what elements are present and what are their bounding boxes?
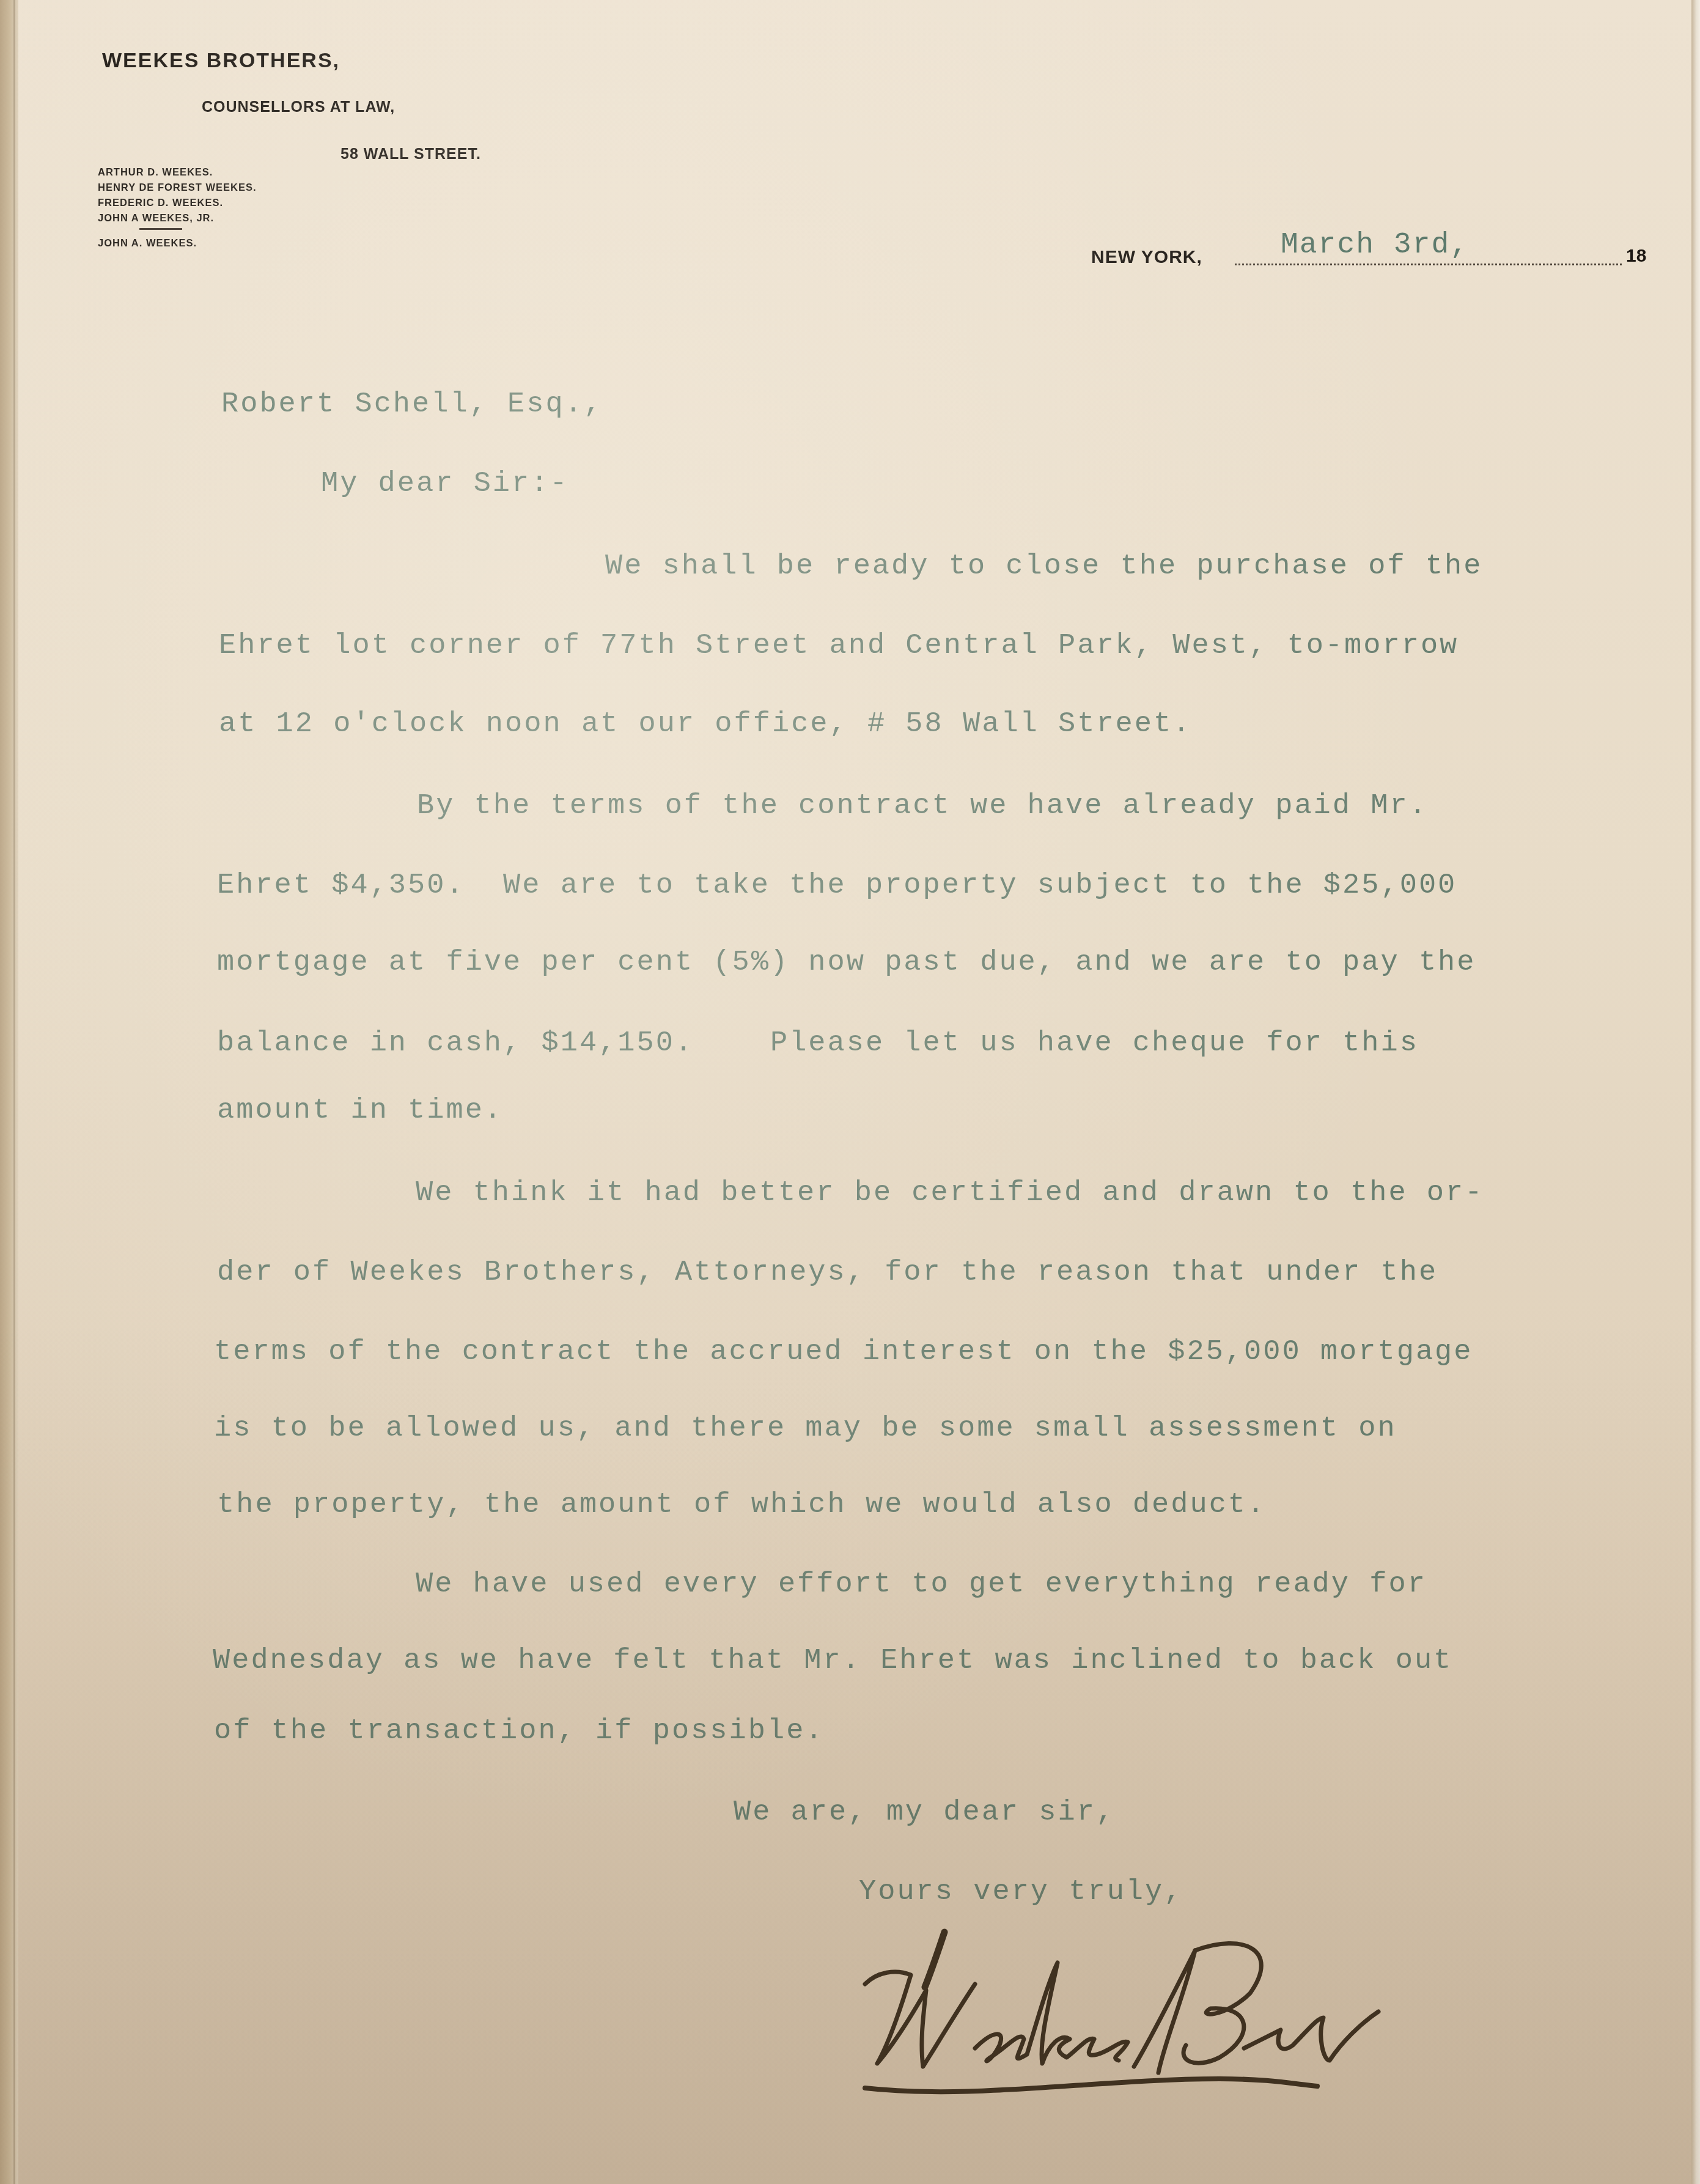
body-line: We shall be ready to close the purchase …	[605, 550, 1482, 583]
letterhead-firm-name: WEEKES BROTHERS,	[102, 49, 340, 73]
page-binding-edge	[0, 0, 18, 2184]
recipient: Robert Schell, Esq.,	[221, 388, 603, 421]
letterhead-year-prefix: 18	[1626, 246, 1646, 267]
body-line: Wednesday as we have felt that Mr. Ehret…	[213, 1645, 1452, 1677]
letterhead-partners-list: ARTHUR D. WEEKES. HENRY DE FOREST WEEKES…	[98, 165, 257, 251]
body-line: We have used every effort to get everyth…	[416, 1568, 1427, 1601]
salutation: My dear Sir:-	[321, 468, 569, 500]
body-line: Ehret lot corner of 77th Street and Cent…	[219, 630, 1459, 662]
partner-name: ARTHUR D. WEEKES.	[98, 165, 257, 180]
body-line: the property, the amount of which we wou…	[217, 1489, 1266, 1521]
closing-line: We are, my dear sir,	[734, 1796, 1115, 1829]
body-line: der of Weekes Brothers, Attorneys, for t…	[217, 1256, 1438, 1289]
page-right-edge	[1691, 0, 1700, 2184]
binding-crease	[13, 0, 15, 2184]
letter-date: March 3rd,	[1281, 229, 1469, 262]
closing-line: Yours very truly,	[859, 1876, 1183, 1908]
body-line: By the terms of the contract we have alr…	[417, 790, 1428, 822]
letterhead-profession: COUNSELLORS AT LAW,	[202, 98, 395, 116]
signature-weekes-bros	[853, 1926, 1501, 2103]
partners-divider	[139, 228, 182, 230]
counsel-name: JOHN A. WEEKES.	[98, 236, 257, 251]
body-line: We think it had better be certified and …	[416, 1177, 1484, 1209]
partner-name: HENRY DE FOREST WEEKES.	[98, 180, 257, 196]
body-line: is to be allowed us, and there may be so…	[214, 1412, 1397, 1445]
partner-name: FREDERIC D. WEEKES.	[98, 196, 257, 211]
body-line: at 12 o'clock noon at our office, # 58 W…	[219, 708, 1191, 740]
date-dotted-line	[1235, 264, 1622, 265]
letterhead-city: NEW YORK,	[1091, 247, 1202, 268]
body-line: balance in cash, $14,150. Please let us …	[217, 1027, 1419, 1060]
body-line: terms of the contract the accrued intere…	[214, 1336, 1473, 1368]
body-line: amount in time.	[217, 1094, 503, 1127]
partner-name: JOHN A WEEKES, JR.	[98, 211, 257, 226]
body-line: Ehret $4,350. We are to take the propert…	[217, 869, 1457, 902]
photo-shading	[0, 0, 1700, 2184]
letterhead-address: 58 WALL STREET.	[340, 146, 481, 163]
body-line: mortgage at five per cent (5%) now past …	[217, 946, 1476, 979]
body-line: of the transaction, if possible.	[214, 1715, 825, 1747]
